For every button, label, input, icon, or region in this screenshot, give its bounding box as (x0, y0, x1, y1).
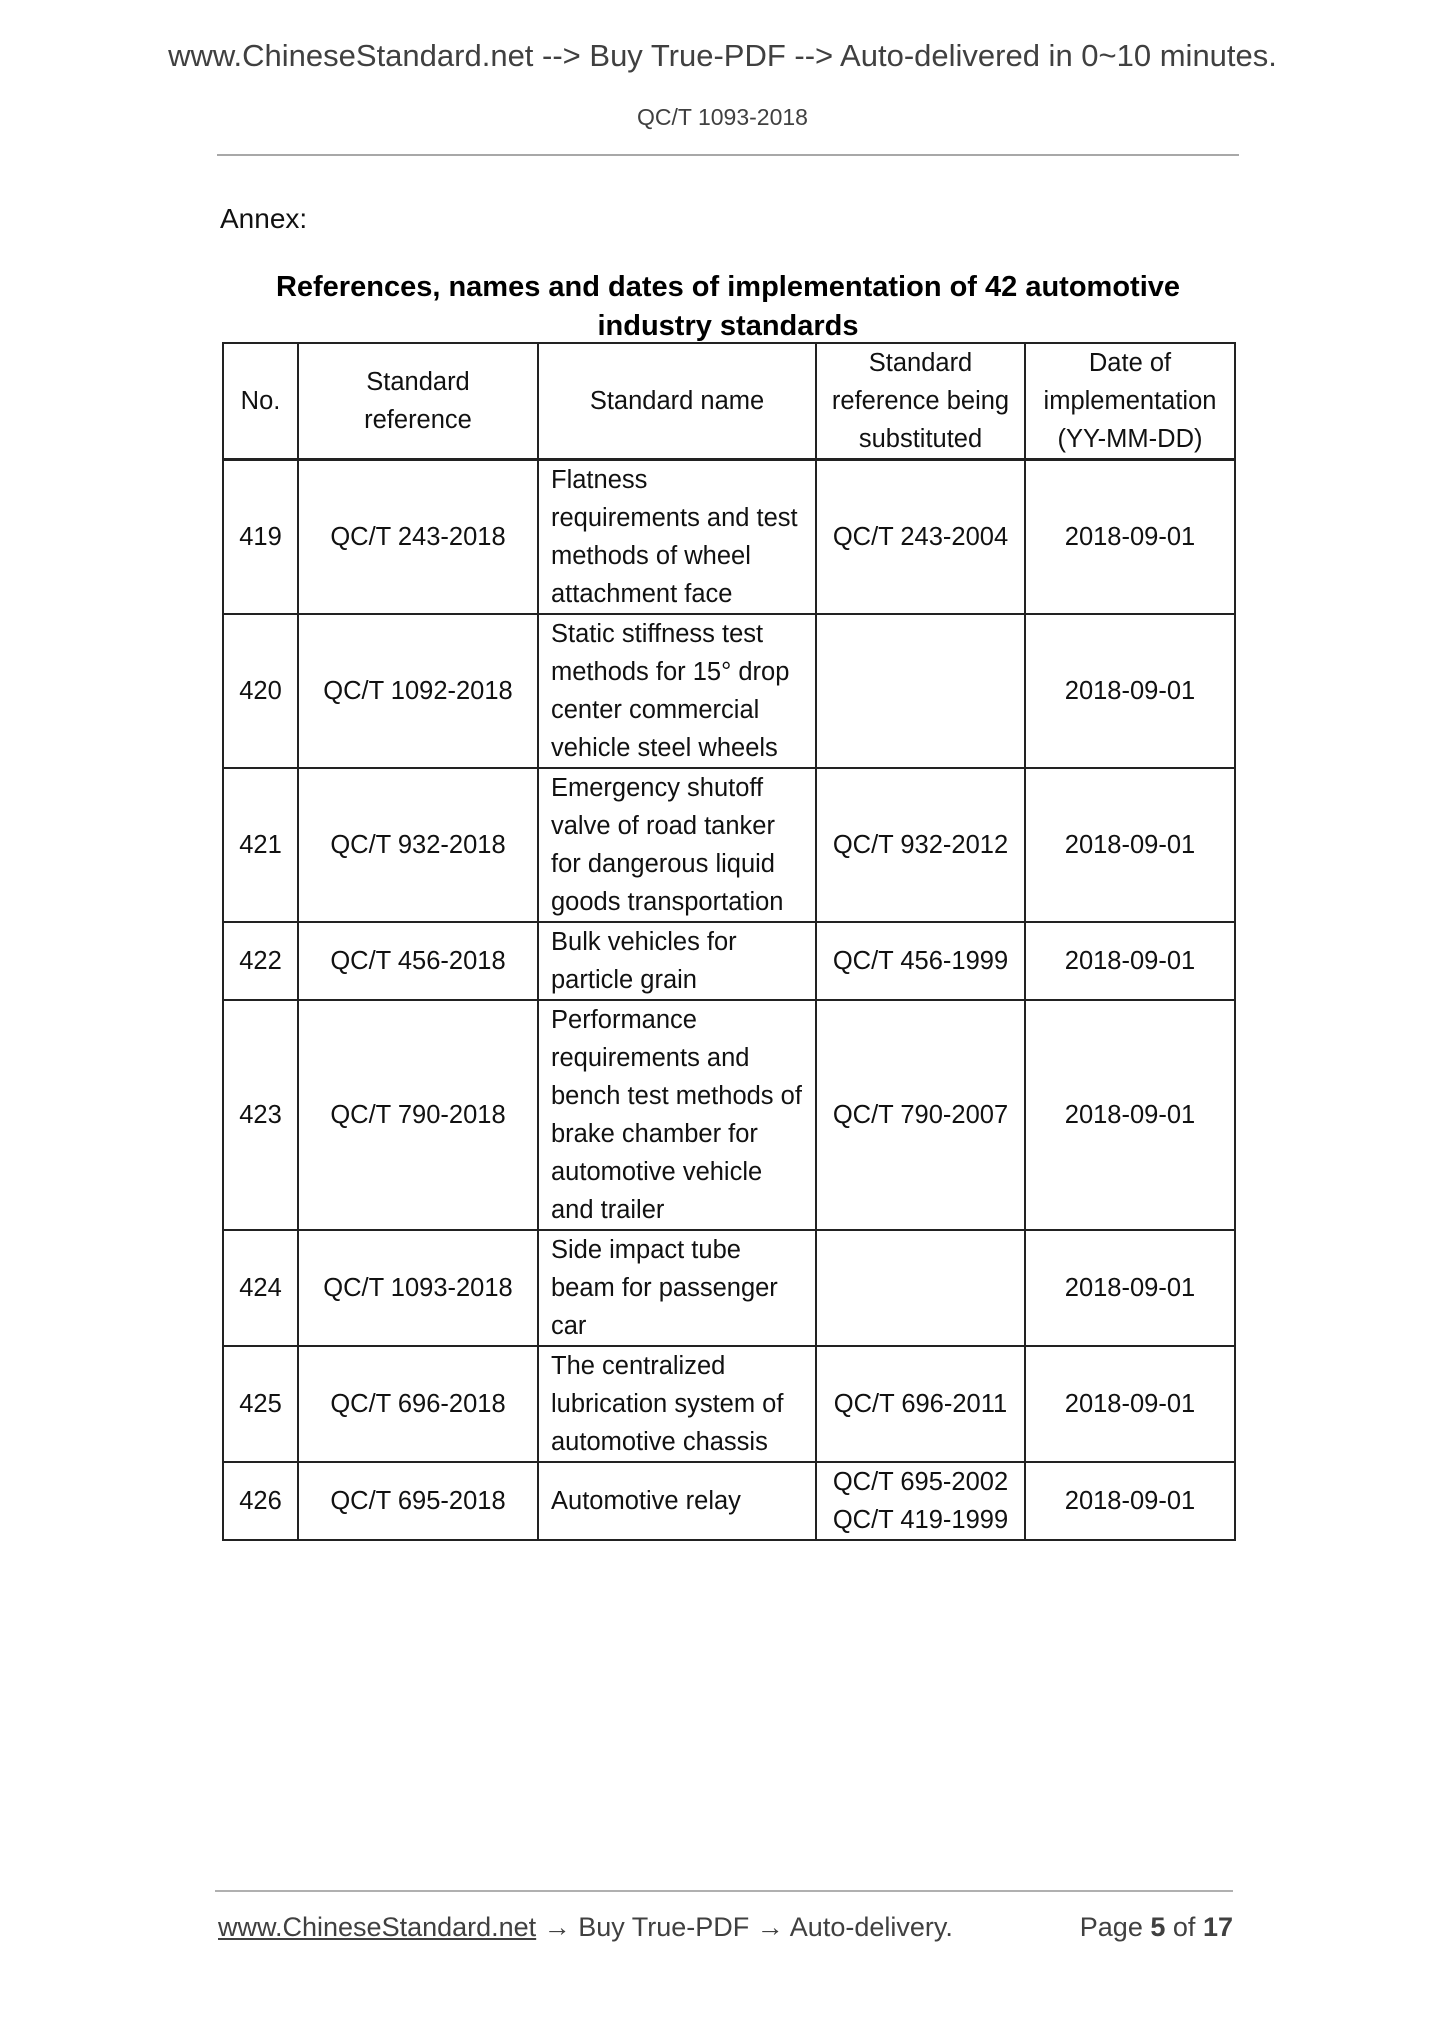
footer-promo: www.ChineseStandard.net → Buy True-PDF →… (218, 1912, 953, 1943)
cell-reference: QC/T 790-2018 (298, 1000, 538, 1230)
page-total: 17 (1203, 1912, 1233, 1942)
cell-date: 2018-09-01 (1025, 768, 1235, 922)
page-of: of (1173, 1912, 1196, 1942)
cell-name: Automotive relay (538, 1462, 816, 1540)
cell-reference: QC/T 695-2018 (298, 1462, 538, 1540)
cell-name: Emergency shutoff valve of road tanker f… (538, 768, 816, 922)
annex-label: Annex: (220, 203, 307, 235)
cell-name: Performance requirements and bench test … (538, 1000, 816, 1230)
cell-name: Static stiffness test methods for 15° dr… (538, 614, 816, 768)
cell-date: 2018-09-01 (1025, 1346, 1235, 1462)
site-banner: www.ChineseStandard.net --> Buy True-PDF… (0, 38, 1445, 74)
cell-name: Bulk vehicles for particle grain (538, 922, 816, 1000)
cell-date: 2018-09-01 (1025, 614, 1235, 768)
cell-no: 420 (223, 614, 298, 768)
cell-reference: QC/T 456-2018 (298, 922, 538, 1000)
cell-reference: QC/T 932-2018 (298, 768, 538, 922)
page-indicator: Page 5 of 17 (1050, 1912, 1233, 1943)
table-row: 425QC/T 696-2018The centralized lubricat… (223, 1346, 1235, 1462)
cell-no: 424 (223, 1230, 298, 1346)
cell-no: 425 (223, 1346, 298, 1462)
table-row: 420QC/T 1092-2018Static stiffness test m… (223, 614, 1235, 768)
buy-text: Buy True-PDF (578, 1912, 749, 1942)
cell-date: 2018-09-01 (1025, 922, 1235, 1000)
cell-reference: QC/T 696-2018 (298, 1346, 538, 1462)
column-header-no: No. (223, 343, 298, 460)
table-row: 421QC/T 932-2018Emergency shutoff valve … (223, 768, 1235, 922)
cell-substituted (816, 614, 1025, 768)
page-label: Page (1080, 1912, 1143, 1942)
cell-substituted: QC/T 695-2002 QC/T 419-1999 (816, 1462, 1025, 1540)
cell-no: 423 (223, 1000, 298, 1230)
table-row: 423QC/T 790-2018Performance requirements… (223, 1000, 1235, 1230)
cell-substituted: QC/T 932-2012 (816, 768, 1025, 922)
cell-date: 2018-09-01 (1025, 1230, 1235, 1346)
column-header-reference: Standard reference (298, 343, 538, 460)
standards-table: No. Standard reference Standard name Sta… (222, 342, 1236, 1541)
table-row: 422QC/T 456-2018Bulk vehicles for partic… (223, 922, 1235, 1000)
cell-no: 426 (223, 1462, 298, 1540)
table-row: 419QC/T 243-2018Flatness requirements an… (223, 460, 1235, 615)
cell-substituted: QC/T 456-1999 (816, 922, 1025, 1000)
cell-substituted: QC/T 696-2011 (816, 1346, 1025, 1462)
cell-reference: QC/T 1093-2018 (298, 1230, 538, 1346)
table-row: 424QC/T 1093-2018Side impact tube beam f… (223, 1230, 1235, 1346)
cell-name: Flatness requirements and test methods o… (538, 460, 816, 615)
delivery-text: Auto-delivery. (790, 1912, 953, 1942)
cell-substituted: QC/T 790-2007 (816, 1000, 1025, 1230)
cell-reference: QC/T 1092-2018 (298, 614, 538, 768)
cell-name: The centralized lubrication system of au… (538, 1346, 816, 1462)
site-link[interactable]: www.ChineseStandard.net (218, 1912, 536, 1942)
header-divider (217, 154, 1239, 156)
column-header-date: Date of implementation (YY-MM-DD) (1025, 343, 1235, 460)
table-title: References, names and dates of implement… (223, 268, 1233, 346)
cell-reference: QC/T 243-2018 (298, 460, 538, 615)
cell-no: 421 (223, 768, 298, 922)
right-arrow-icon: → (544, 1912, 571, 1942)
cell-no: 422 (223, 922, 298, 1000)
right-arrow-icon: → (757, 1912, 784, 1942)
cell-substituted: QC/T 243-2004 (816, 460, 1025, 615)
cell-no: 419 (223, 460, 298, 615)
cell-substituted (816, 1230, 1025, 1346)
cell-date: 2018-09-01 (1025, 460, 1235, 615)
column-header-substituted: Standard reference being substituted (816, 343, 1025, 460)
table-row: 426QC/T 695-2018Automotive relayQC/T 695… (223, 1462, 1235, 1540)
footer-divider (215, 1890, 1233, 1892)
page-current: 5 (1150, 1912, 1165, 1942)
column-header-name: Standard name (538, 343, 816, 460)
cell-date: 2018-09-01 (1025, 1000, 1235, 1230)
cell-name: Side impact tube beam for passenger car (538, 1230, 816, 1346)
document-code: QC/T 1093-2018 (0, 104, 1445, 131)
table-header-row: No. Standard reference Standard name Sta… (223, 343, 1235, 460)
cell-date: 2018-09-01 (1025, 1462, 1235, 1540)
